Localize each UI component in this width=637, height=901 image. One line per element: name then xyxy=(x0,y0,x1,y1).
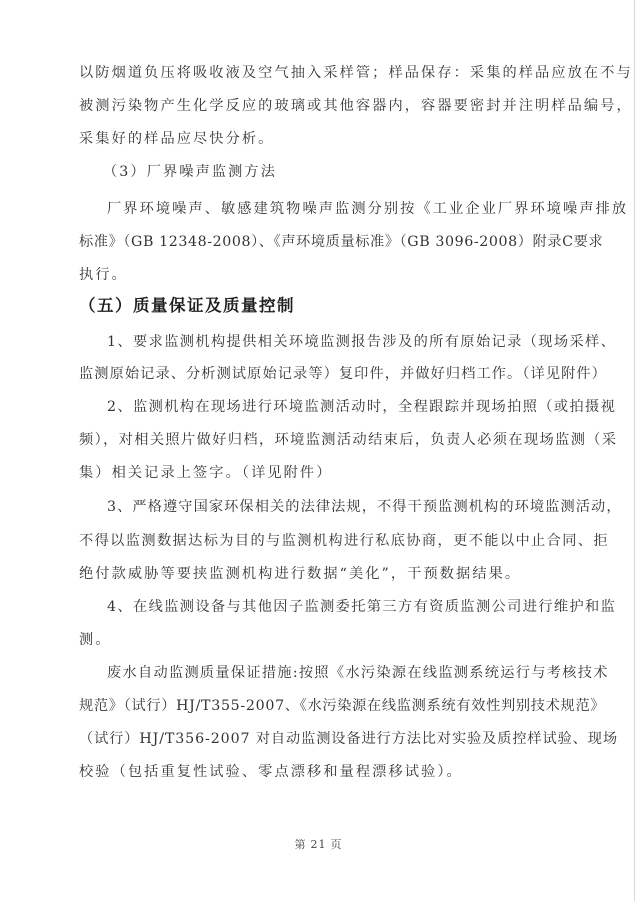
paragraph-line: 废水自动监测质量保证措施:按照《水污染源在线监测系统运行与考核技术 xyxy=(107,663,627,683)
list-item-line: 1、要求监测机构提供相关环境监测报告涉及的所有原始记录（现场采样、 xyxy=(107,332,627,352)
paragraph-line: 规范》（试行）HJ/T355-2007、《水污染源在线监测系统有效性判别技术规范… xyxy=(79,696,599,716)
paragraph-line: 标准》（GB 12348-2008）、《声环境质量标准》（GB 3096-200… xyxy=(79,232,599,252)
list-item-line: 测。 xyxy=(79,630,599,650)
paragraph-line: 执行。 xyxy=(79,265,599,285)
section-heading: （五）质量保证及质量控制 xyxy=(79,295,295,317)
paragraph-line: 被测污染物产生化学反应的玻璃或其他容器内，容器要密封并注明样品编号， xyxy=(79,96,599,116)
list-item-line: 绝付款威胁等要挟监测机构进行数据“美化”，干预数据结果。 xyxy=(79,564,599,584)
list-item-line: 不得以监测数据达标为目的与监测机构进行私底协商，更不能以中止合同、拒 xyxy=(79,531,599,551)
page-number: 21 xyxy=(311,838,327,851)
paragraph-line: 以防烟道负压将吸收液及空气抽入采样管；样品保存：采集的样品应放在不与 xyxy=(79,63,599,83)
subsection-heading: （3）厂界噪声监测方法 xyxy=(103,162,623,182)
page-number-prefix: 第 xyxy=(295,838,307,851)
list-item-line: 集）相关记录上签字。（详见附件） xyxy=(79,463,599,483)
list-item-line: 3、严格遵守国家环保相关的法律法规，不得干预监测机构的环境监测活动， xyxy=(107,497,627,517)
paragraph-line: 校验（包括重复性试验、零点漂移和量程漂移试验）。 xyxy=(79,762,599,782)
list-item-line: 监测原始记录、分析测试原始记录等）复印件，并做好归档工作。（详见附件） xyxy=(79,364,599,384)
page-edge-divider xyxy=(634,0,635,901)
page-footer: 第21页 xyxy=(0,836,637,852)
paragraph-line: 厂界环境噪声、敏感建筑物噪声监测分别按《工业企业厂界环境噪声排放 xyxy=(107,199,627,219)
list-item-line: 频），对相关照片做好归档，环境监测活动结束后，负责人必须在现场监测（采 xyxy=(79,430,599,450)
document-page: 以防烟道负压将吸收液及空气抽入采样管；样品保存：采集的样品应放在不与 被测污染物… xyxy=(0,0,637,901)
list-item-line: 2、监测机构在现场进行环境监测活动时，全程跟踪并现场拍照（或拍摄视 xyxy=(107,397,627,417)
paragraph-line: 采集好的样品应尽快分析。 xyxy=(79,129,599,149)
list-item-line: 4、在线监测设备与其他因子监测委托第三方有资质监测公司进行维护和监 xyxy=(107,597,627,617)
page-number-suffix: 页 xyxy=(331,838,343,851)
paragraph-line: （试行）HJ/T356-2007 对自动监测设备进行方法比对实验及质控样试验、现… xyxy=(79,729,599,749)
